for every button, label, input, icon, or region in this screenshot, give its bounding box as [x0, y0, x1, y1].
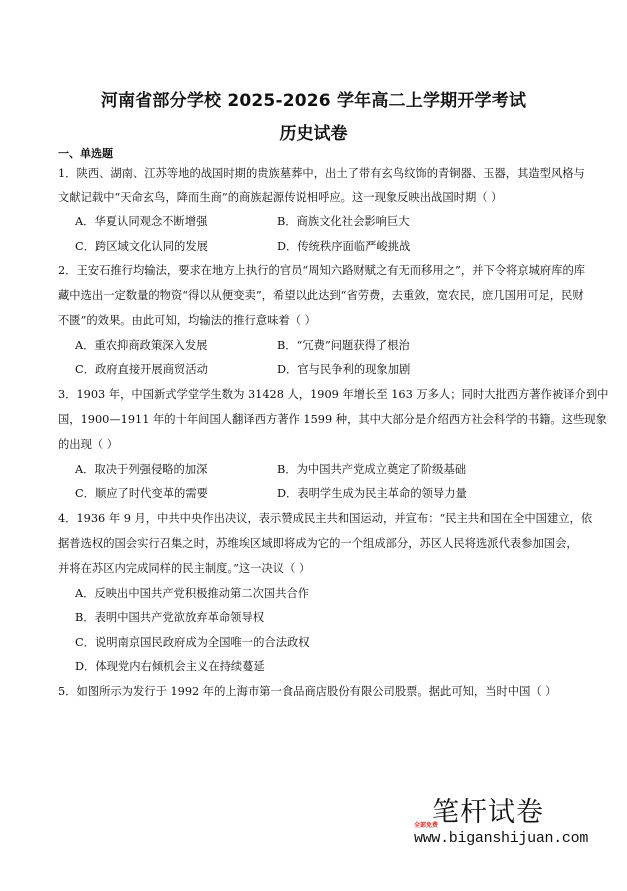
exam-page: 河南省部分学校 2025-2026 学年高二上学期开学考试 历史试卷 一、单选题… [0, 0, 627, 891]
option-a: A．反映出中国共产党积极推动第二次国共合作 [75, 587, 309, 601]
option-c: C．政府直接开展商贸活动 [75, 363, 208, 377]
option-d: D．表明学生成为民主革命的领导力量 [277, 487, 467, 501]
option-c: C．跨区域文化认同的发展 [75, 240, 208, 254]
option-a: A．取决于列强侵略的加深 [75, 463, 207, 477]
exam-title: 河南省部分学校 2025-2026 学年高二上学期开学考试 [0, 86, 627, 111]
option-d: D．传统秩序面临严峻挑战 [277, 240, 410, 254]
question-text-line: 4．1936 年 9 月，中共中央作出决议，表示赞成民主共和国运动，并宣布：“民… [58, 512, 592, 526]
question-text-line: 的出现（ ） [58, 438, 118, 452]
option-a: A．华夏认同观念不断增强 [75, 215, 207, 229]
option-c: C．顺应了时代变革的需要 [75, 487, 208, 501]
question-text-line: 不匮”的效果。由此可知，均输法的推行意味着（ ） [58, 314, 316, 328]
question-text-line: 1．陕西、湖南、江苏等地的战国时期的贵族墓葬中，出土了带有玄鸟纹饰的青铜器、玉器… [58, 167, 585, 181]
option-b: B．表明中国共产党欲放弃革命领导权 [75, 611, 264, 625]
question-text-line: 藏中选出一定数量的物资“得以从便变卖”，希望以此达到“省劳费，去重敛，宽农民，庶… [58, 289, 584, 303]
exam-subtitle: 历史试卷 [0, 119, 627, 144]
watermark-url: www.biganshijuan.com [414, 830, 588, 847]
watermark-logo: 笔杆试卷 全部免费 www.biganshijuan.com [412, 798, 612, 858]
section-heading: 一、单选题 [58, 145, 113, 161]
watermark-badge: 全部免费 [414, 820, 438, 829]
option-b: B．“冗费”问题获得了根治 [277, 339, 410, 353]
question-text-line: 3．1903 年，中国新式学堂学生数为 31428 人，1909 年增长至 16… [58, 388, 608, 402]
question-text-line: 据普选权的国会实行召集之时，苏维埃区域即将成为它的一个组成部分，苏区人民将选派代… [58, 537, 578, 551]
option-d: D．体现党内右倾机会主义在持续蔓延 [75, 660, 265, 674]
question-text-line: 国，1900—1911 年的十年间国人翻译西方著作 1599 种，其中大部分是介… [58, 413, 607, 427]
option-c: C．说明南京国民政府成为全国唯一的合法政权 [75, 636, 310, 650]
option-a: A．重农抑商政策深入发展 [75, 339, 207, 353]
option-b: B．商族文化社会影响巨大 [277, 215, 410, 229]
option-d: D．官与民争利的现象加剧 [277, 363, 410, 377]
question-text-line: 文献记载中“天命玄鸟，降而生商”的商族起源传说相呼应。这一现象反映出战国时期（ … [58, 191, 502, 205]
question-text-line: 2．王安石推行均输法，要求在地方上执行的官员“周知六路财赋之有无而移用之”，并下… [58, 264, 585, 278]
option-b: B．为中国共产党成立奠定了阶级基础 [277, 463, 466, 477]
watermark-brand: 笔杆试卷 [432, 798, 544, 828]
question-text-line: 并将在苏区内完成同样的民主制度。”这一决议（ ） [58, 562, 310, 576]
question-text-line: 5．如图所示为发行于 1992 年的上海市第一食品商店股份有限公司股票。据此可知… [58, 685, 557, 699]
